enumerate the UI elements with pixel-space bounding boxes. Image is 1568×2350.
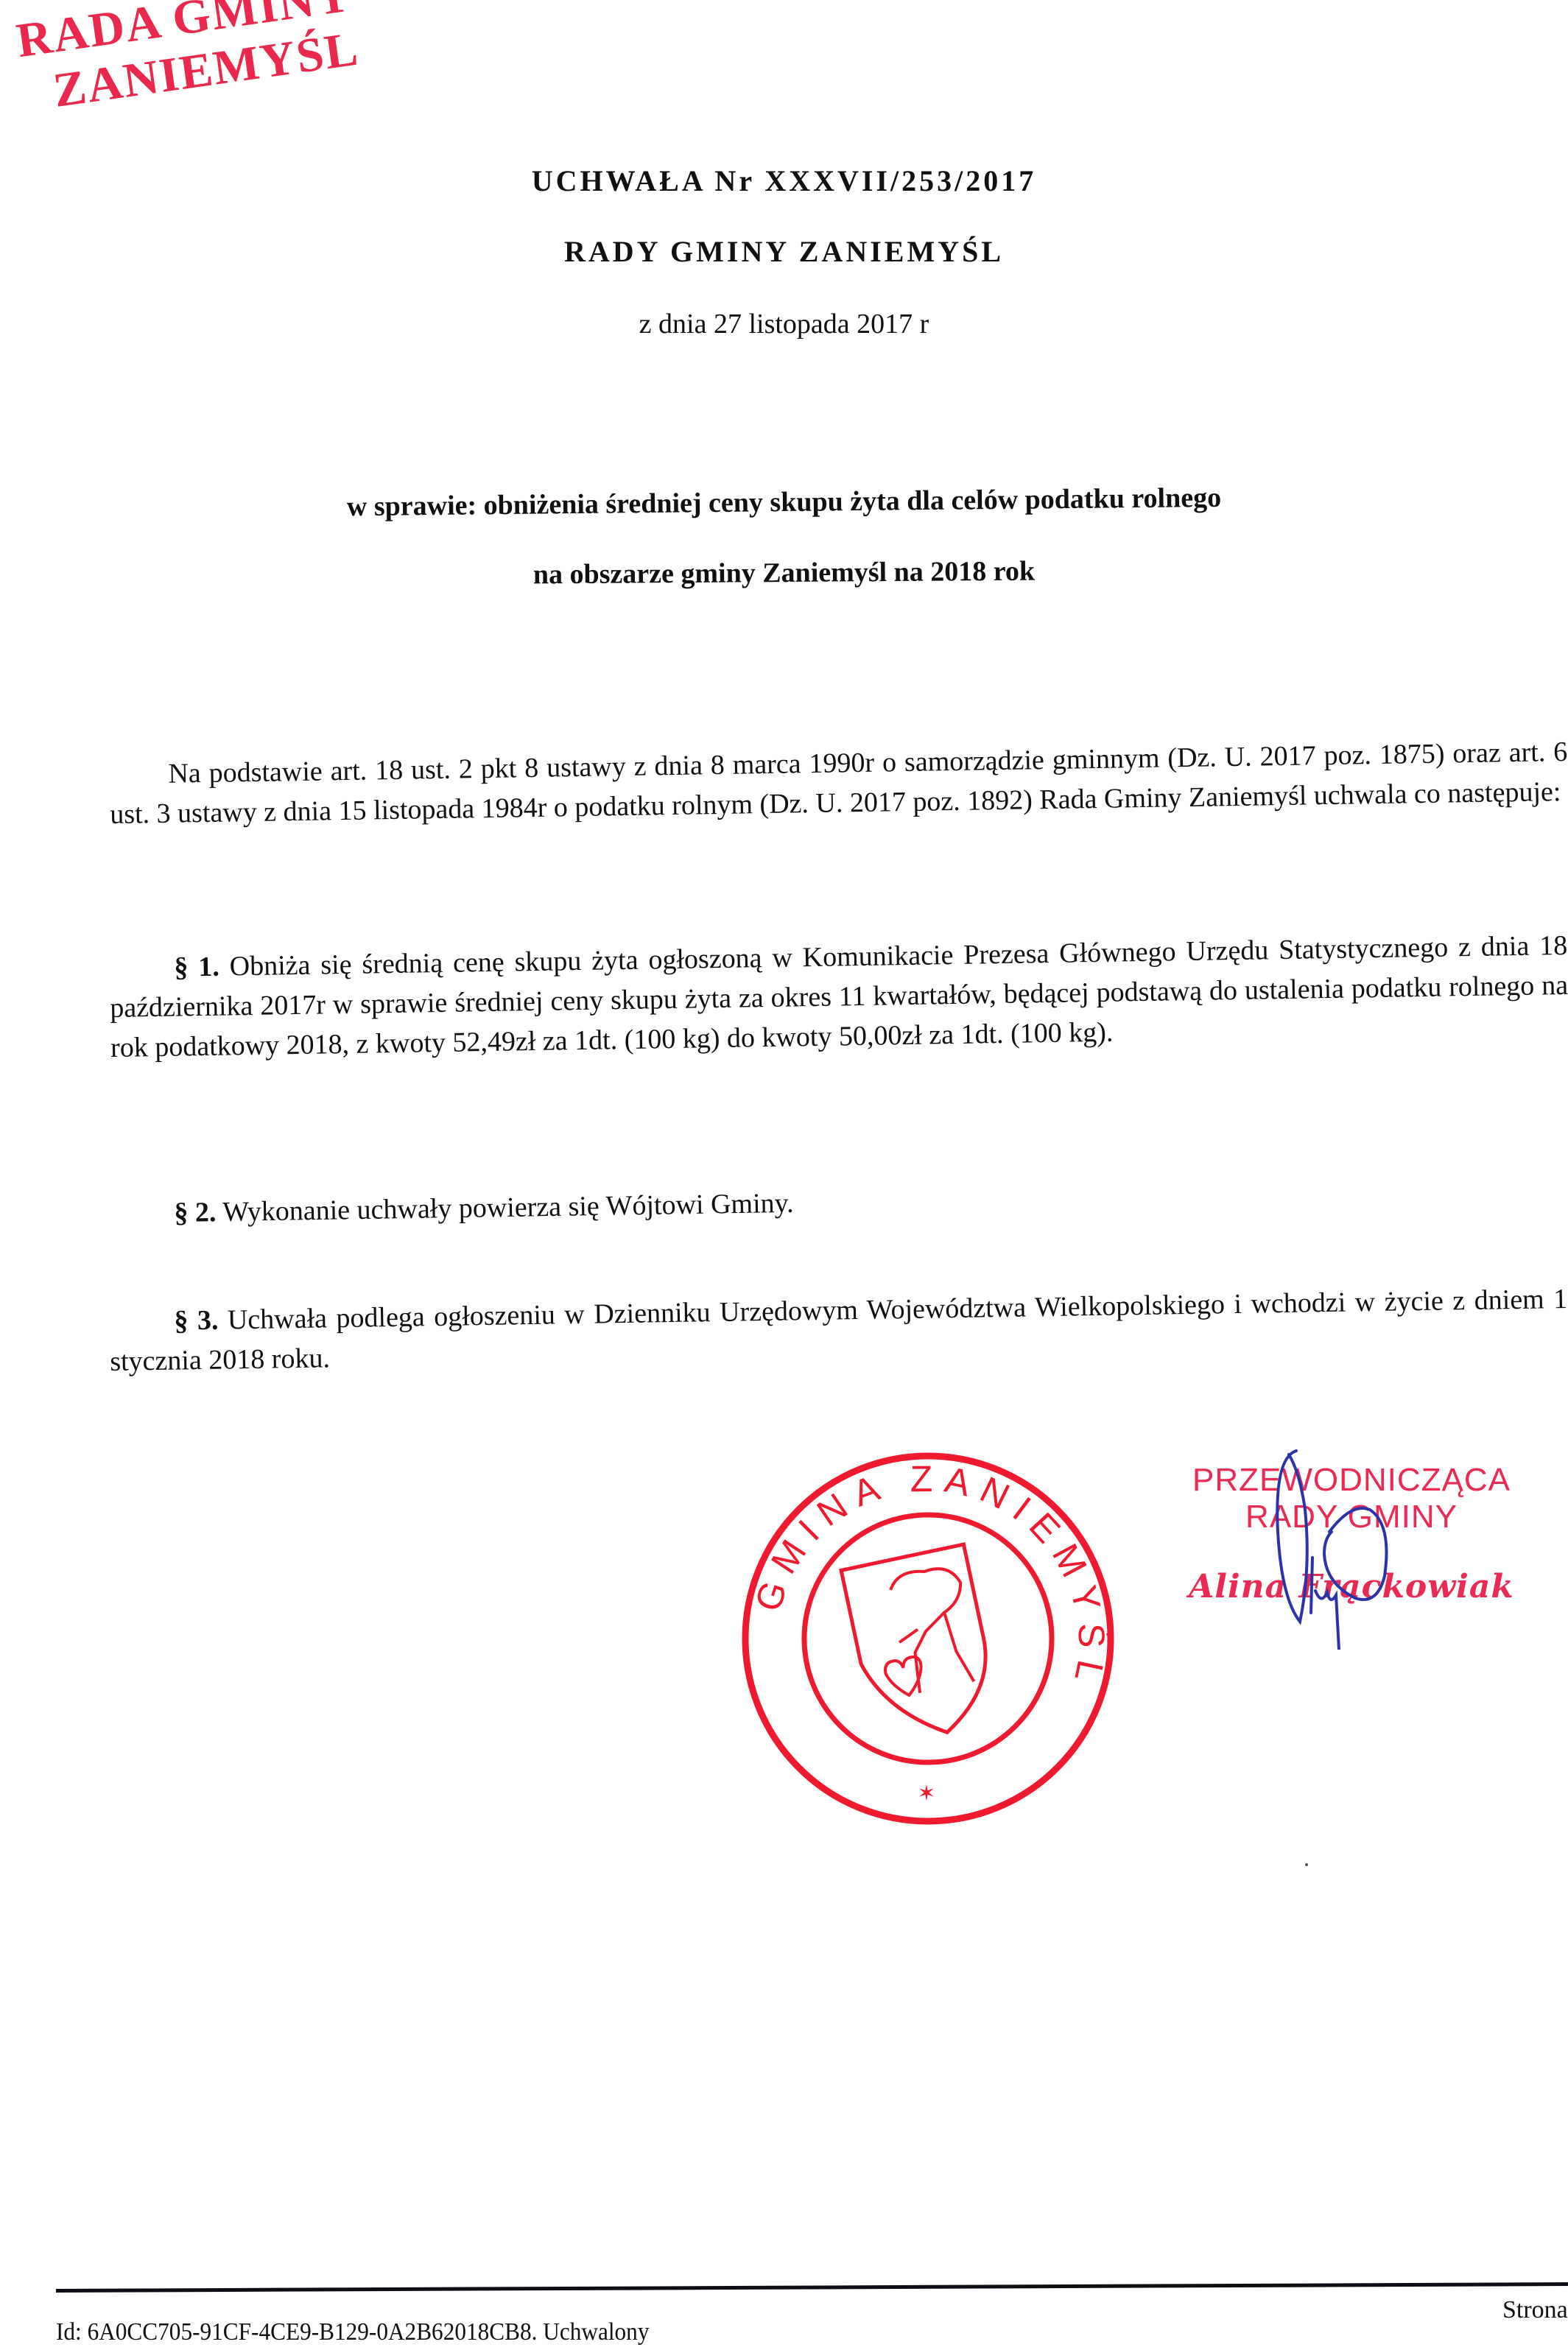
resolution-issuer: RADY GMINY ZANIEMYŚL — [0, 234, 1568, 269]
section-1-text: Obniża się średnią cenę skupu żyta ogłos… — [110, 930, 1568, 1063]
seal-ring-text: GMINA ZANIEMYŚL — [747, 1458, 1113, 1695]
signature-icon — [1245, 1429, 1510, 1650]
page-label: Strona — [1502, 2296, 1568, 2324]
scan-speck — [1305, 1863, 1308, 1866]
subject-line-2: na obszarze gminy Zaniemyśl na 2018 rok — [0, 552, 1568, 595]
resolution-title: UCHWAŁA Nr XXXVII/253/2017 — [0, 163, 1568, 198]
seal-star-icon: ✶ — [917, 1781, 935, 1806]
section-3-mark: § 3. — [174, 1305, 219, 1337]
council-stamp: RADA GMINY ZANIEMYŚL — [13, 0, 362, 123]
resolution-date: z dnia 27 listopada 2017 r — [0, 308, 1568, 340]
subject-line-1: w sprawie: obniżenia średniej ceny skupu… — [0, 478, 1568, 527]
section-1: § 1. Obniża się średnią cenę skupu żyta … — [109, 926, 1568, 1068]
footer-divider — [56, 2282, 1568, 2293]
coat-of-arms-icon — [841, 1544, 1001, 1747]
section-2-mark: § 2. — [174, 1197, 217, 1228]
section-1-mark: § 1. — [174, 951, 219, 983]
section-3-text: Uchwała podlega ogłoszeniu w Dzienniku U… — [110, 1284, 1568, 1377]
section-2-text: Wykonanie uchwały powierza się Wójtowi G… — [216, 1188, 794, 1228]
section-2: § 2. Wykonanie uchwały powierza się Wójt… — [174, 1170, 1568, 1233]
section-3: § 3. Uchwała podlega ogłoszeniu w Dzienn… — [109, 1279, 1568, 1382]
municipal-seal: GMINA ZANIEMYŚL ✶ — [729, 1443, 1127, 1841]
document-id: Id: 6A0CC705-91CF-4CE9-B129-0A2B62018CB8… — [56, 2318, 649, 2346]
legal-basis-paragraph: Na podstawie art. 18 ust. 2 pkt 8 ustawy… — [109, 732, 1568, 834]
